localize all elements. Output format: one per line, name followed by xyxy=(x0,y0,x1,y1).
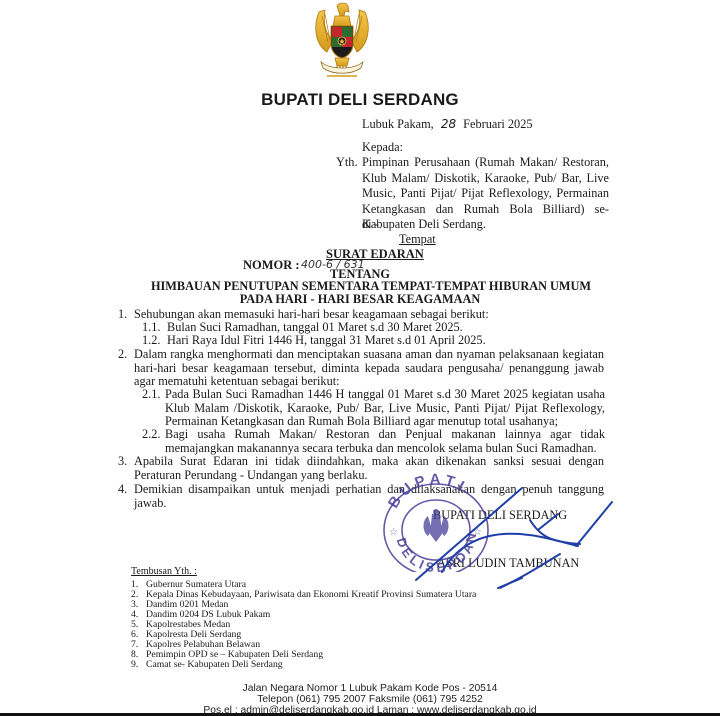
item-text: Apabila Surat Edaran ini tidak diindahka… xyxy=(134,455,604,482)
kepada-label: Kepada: xyxy=(362,140,403,156)
subitem-number: 2.2. xyxy=(142,428,160,442)
tempat-label: Tempat xyxy=(399,232,436,248)
subitem-text: Hari Raya Idul Fitri 1446 H, tanggal 31 … xyxy=(167,334,604,348)
date-month-year: Februari 2025 xyxy=(463,117,532,131)
subitem-number: 1.2. xyxy=(142,334,160,348)
subitem-text: Bulan Suci Ramadhan, tanggal 01 Maret s.… xyxy=(167,321,604,335)
item-text: Dalam rangka menghormati dan menciptakan… xyxy=(134,348,604,389)
subitem-number: 1.1. xyxy=(142,321,160,335)
item-number: 4. xyxy=(118,483,127,497)
cc-list-item: 9.Camat se- Kabupaten Deli Serdang xyxy=(131,660,283,670)
item-number: 1. xyxy=(118,308,127,322)
garuda-emblem-icon xyxy=(313,0,371,86)
item-number: 3. xyxy=(118,455,127,469)
item-number: 2. xyxy=(118,348,127,362)
subject-line-2: PADA HARI - HARI BESAR KEAGAMAAN xyxy=(0,292,720,307)
date-line: Lubuk Pakam, 28 Februari 2025 xyxy=(362,117,533,133)
item-text: Sehubungan akan memasuki hari-hari besar… xyxy=(134,308,604,322)
subitem-number: 2.1. xyxy=(142,388,160,402)
yth-label: Yth. xyxy=(336,155,358,171)
di-label: di - xyxy=(362,217,379,233)
subitem-text: Pada Bulan Suci Ramadhan 1446 H tanggal … xyxy=(165,388,605,429)
recipient-text: Pimpinan Perusahaan (Rumah Makan/ Restor… xyxy=(362,155,609,233)
subitem-text: Bagi usaha Rumah Makan/ Restoran dan Pen… xyxy=(165,428,605,455)
date-day-handwritten: 28 xyxy=(441,117,456,131)
cc-title: Tembusan Yth. : xyxy=(131,566,197,577)
date-place: Lubuk Pakam, xyxy=(362,117,434,131)
issuer-title: BUPATI DELI SERDANG xyxy=(0,90,720,110)
handwritten-signature-icon xyxy=(380,480,620,600)
